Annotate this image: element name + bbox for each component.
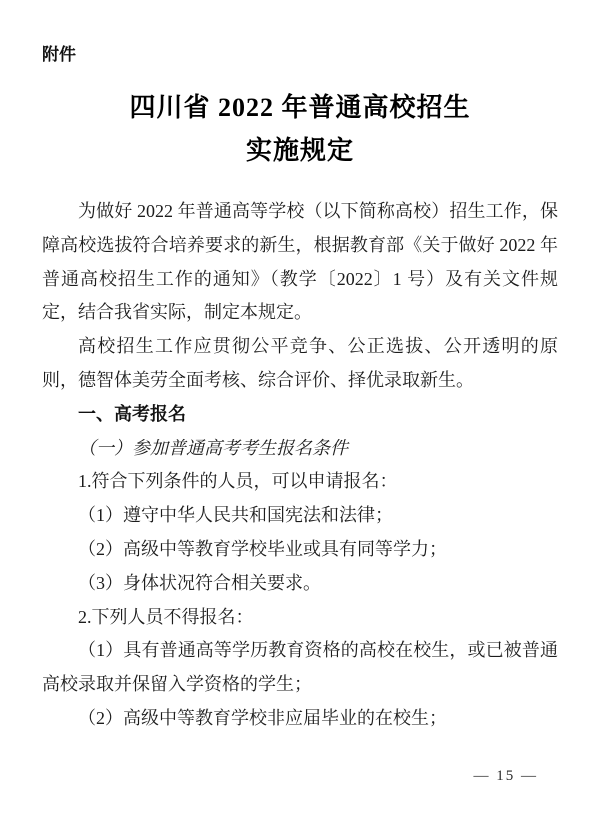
item-2-condition-2: （2）高级中等教育学校非应届毕业的在校生； bbox=[42, 702, 558, 736]
item-1-condition-3: （3）身体状况符合相关要求。 bbox=[42, 567, 558, 601]
intro-paragraph: 为做好 2022 年普通高等学校（以下简称高校）招生工作，保障高校选拔符合培养要… bbox=[42, 195, 558, 330]
section-heading-gaokao-baoming: 一、高考报名 bbox=[42, 398, 558, 432]
principles-paragraph: 高校招生工作应贯彻公平竞争、公正选拔、公开透明的原则，德智体美劳全面考核、综合评… bbox=[42, 330, 558, 398]
item-2-condition-1: （1）具有普通高等学历教育资格的高校在校生，或已被普通高校录取并保留入学资格的学… bbox=[42, 634, 558, 702]
item-2-ineligible-lead: 2.下列人员不得报名： bbox=[42, 601, 558, 635]
doc-title: 四川省 2022 年普通高校招生 实施规定 bbox=[0, 86, 600, 172]
document-page: 附件 四川省 2022 年普通高校招生 实施规定 为做好 2022 年普通高等学… bbox=[0, 0, 600, 826]
doc-title-line-2: 实施规定 bbox=[0, 129, 600, 172]
doc-title-line-1: 四川省 2022 年普通高校招生 bbox=[0, 86, 600, 129]
doc-body: 为做好 2022 年普通高等学校（以下简称高校）招生工作，保障高校选拔符合培养要… bbox=[42, 195, 558, 736]
item-1-condition-2: （2）高级中等教育学校毕业或具有同等学力； bbox=[42, 533, 558, 567]
attachment-label: 附件 bbox=[42, 40, 76, 65]
item-1-eligible-lead: 1.符合下列条件的人员，可以申请报名： bbox=[42, 465, 558, 499]
page-number: — 15 — bbox=[474, 766, 539, 786]
item-1-condition-1: （1）遵守中华人民共和国宪法和法律； bbox=[42, 499, 558, 533]
subsection-heading-baoming-tiaojian: （一）参加普通高考考生报名条件 bbox=[42, 432, 558, 466]
